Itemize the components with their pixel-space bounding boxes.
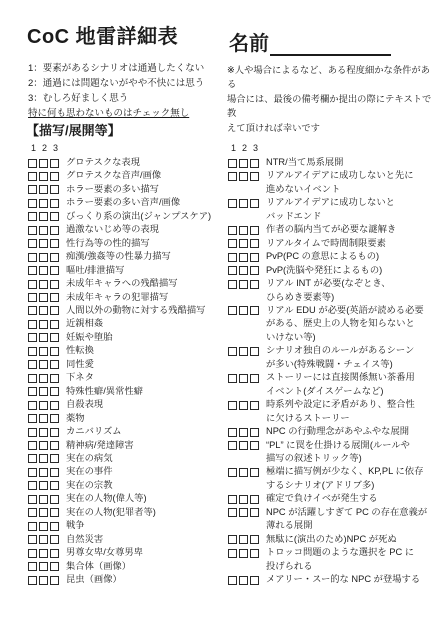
checkbox-3[interactable] [50, 360, 59, 369]
scale-digit-3: 3 [250, 142, 261, 156]
checklist-item-label: 痴漢/強姦等の性暴力描写 [66, 250, 171, 263]
checklist-item-label: 人間以外の動物に対する残酷描写 [66, 304, 205, 317]
checklist-item: 性行為等の性的描写 [28, 237, 228, 250]
checkbox-2[interactable] [39, 387, 48, 396]
checkbox-3[interactable] [50, 401, 59, 410]
checkbox-group [28, 535, 59, 544]
checkbox-2[interactable] [239, 495, 248, 504]
checklist-item-label: 下ネタ [66, 371, 94, 384]
checkbox-2[interactable] [239, 374, 248, 383]
checkbox-group [28, 185, 59, 194]
legend-line-1: 1：要素があるシナリオは通過したくない [28, 61, 204, 76]
checkbox-1[interactable] [28, 253, 37, 262]
checkbox-3[interactable] [250, 468, 259, 477]
checklist-item: リアルタイムで時間制限要素 [228, 237, 436, 250]
checklist-item-label: リアルタイムで時間制限要素 [266, 237, 386, 250]
checkbox-2[interactable] [39, 172, 48, 181]
checkbox-2[interactable] [39, 468, 48, 477]
checkbox-group [228, 226, 259, 235]
checkbox-2[interactable] [39, 333, 48, 342]
checkbox-3[interactable] [50, 185, 59, 194]
checkbox-3[interactable] [50, 333, 59, 342]
checkbox-1[interactable] [28, 508, 37, 517]
checkbox-1[interactable] [228, 508, 237, 517]
checkbox-3[interactable] [50, 535, 59, 544]
checkbox-1[interactable] [28, 306, 37, 315]
checklist-item-label: ホラー要素の多い音声/画像 [66, 196, 180, 209]
checkbox-3[interactable] [250, 576, 259, 585]
checklist-item: 無駄に(演出のため)NPC が死ぬ [228, 533, 436, 546]
checkbox-3[interactable] [250, 441, 259, 450]
checklist-item: 自然災害 [28, 533, 228, 546]
checkbox-2[interactable] [39, 562, 48, 571]
page-title: CoC 地雷詳細表 [27, 20, 178, 49]
checklist-item-label: 昆虫（画像） [66, 573, 122, 586]
checkbox-2[interactable] [39, 293, 48, 302]
checkbox-3[interactable] [50, 199, 59, 208]
checkbox-2[interactable] [239, 535, 248, 544]
checklist-item-label: メアリー・スー的な NPC が登場する [266, 573, 420, 586]
checkbox-1[interactable] [28, 387, 37, 396]
checklist-item-label: “PL” に罠を仕掛ける展開(ルールや 描写の叙述トリック等) [266, 439, 410, 466]
legend-no-check-note: 特に何も思わないものはチェック無し [28, 106, 204, 121]
checklist-item-label: グロテスクな表現 [66, 156, 140, 169]
checkbox-1[interactable] [228, 306, 237, 315]
checkbox-1[interactable] [28, 481, 37, 490]
checklist-item-label: 自然災害 [66, 533, 103, 546]
checklist-item: 同性愛 [28, 358, 228, 371]
checkbox-2[interactable] [39, 306, 48, 315]
checkbox-1[interactable] [28, 468, 37, 477]
checkbox-2[interactable] [39, 159, 48, 168]
checkbox-2[interactable] [39, 280, 48, 289]
checkbox-3[interactable] [50, 226, 59, 235]
checkbox-group [228, 535, 259, 544]
checkbox-group [228, 347, 259, 356]
checkbox-2[interactable] [39, 495, 48, 504]
checkbox-1[interactable] [228, 576, 237, 585]
checkbox-1[interactable] [28, 333, 37, 342]
checkbox-3[interactable] [50, 374, 59, 383]
checkbox-3[interactable] [50, 253, 59, 262]
checklist-item: 痴漢/強姦等の性暴力描写 [28, 250, 228, 263]
checklist-item: 男尊女卑/女尊男卑 [28, 546, 228, 559]
checkbox-3[interactable] [50, 239, 59, 248]
checkbox-3[interactable] [50, 306, 59, 315]
checkbox-3[interactable] [50, 576, 59, 585]
checkbox-group [28, 454, 59, 463]
checkbox-3[interactable] [250, 401, 259, 410]
checklist-item: 特殊性癖/異常性癖 [28, 385, 228, 398]
checkbox-group [228, 508, 259, 517]
checklist-item-label: NTR/当て馬系展開 [266, 156, 343, 169]
checkbox-1[interactable] [228, 199, 237, 208]
checkbox-3[interactable] [250, 347, 259, 356]
checklist-item-label: 同性愛 [66, 358, 94, 371]
checklist-item-label: 実在の人物(犯罪者等) [66, 506, 156, 519]
checkbox-1[interactable] [228, 172, 237, 181]
name-field: 名前 [229, 32, 391, 56]
checkbox-2[interactable] [39, 441, 48, 450]
checkbox-group [28, 481, 59, 490]
checkbox-1[interactable] [28, 199, 37, 208]
checkbox-2[interactable] [39, 185, 48, 194]
checkbox-1[interactable] [228, 495, 237, 504]
checkbox-3[interactable] [50, 347, 59, 356]
checkbox-2[interactable] [39, 226, 48, 235]
checklist-item-label: 男尊女卑/女尊男卑 [66, 546, 143, 559]
checkbox-group [228, 172, 259, 181]
checklist-item: 戦争 [28, 519, 228, 532]
checklist-item-label: 実在の病気 [66, 452, 113, 465]
checkbox-group [28, 522, 59, 531]
checklist-item: シナリオ独自のルールがあるシーン が多い(特殊戦闘・チェイス等) [228, 344, 436, 371]
checkbox-group [228, 280, 259, 289]
checkbox-2[interactable] [39, 320, 48, 329]
checkbox-2[interactable] [239, 576, 248, 585]
checklist-item-label: 未成年キャラへの残酷描写 [66, 277, 178, 290]
checkbox-1[interactable] [28, 280, 37, 289]
checkbox-1[interactable] [28, 454, 37, 463]
checkbox-2[interactable] [239, 401, 248, 410]
checklist-item-label: リアル INT が必要(なぞとき、 ひらめき要素等) [266, 277, 391, 304]
checkbox-group [28, 212, 59, 221]
checklist-item-label: 無駄に(演出のため)NPC が死ぬ [266, 533, 397, 546]
checklist-item: 実在の人物(犯罪者等) [28, 506, 228, 519]
checkbox-1[interactable] [28, 293, 37, 302]
checkbox-2[interactable] [239, 441, 248, 450]
checkbox-3[interactable] [50, 549, 59, 558]
checkbox-3[interactable] [50, 441, 59, 450]
checkbox-group [28, 172, 59, 181]
checklist-item: ホラー要素の多い描写 [28, 183, 228, 196]
checklist-item-label: 時系列や設定に矛盾があり、整合性 に欠けるストーリー [266, 398, 415, 425]
checkbox-3[interactable] [250, 159, 259, 168]
checkbox-1[interactable] [28, 212, 37, 221]
checklist-item-label: 妊娠や堕胎 [66, 331, 113, 344]
scale-digit-3: 3 [50, 142, 61, 156]
checkbox-2[interactable] [239, 266, 248, 275]
checkbox-3[interactable] [250, 495, 259, 504]
checklist-item-label: リアルアイデアに成功しないと先に 進めないイベント [266, 169, 414, 196]
checkbox-group [28, 401, 59, 410]
checklist-item-label: 精神病/発達障害 [66, 439, 134, 452]
scale-digit-1: 1 [228, 142, 239, 156]
checkbox-1[interactable] [28, 360, 37, 369]
checklist-item-label: PvP(洗脳や発狂によるもの) [266, 264, 382, 277]
checklist-item-label: 実在の宗教 [66, 479, 113, 492]
checklist-item: PvP(PC の意思によるもの) [228, 250, 436, 263]
checkbox-3[interactable] [50, 320, 59, 329]
checklist-item-label: 過激ないじめ等の表現 [66, 223, 159, 236]
checklist-item: 近親相姦 [28, 317, 228, 330]
checkbox-2[interactable] [39, 576, 48, 585]
checklist-item: 過激ないじめ等の表現 [28, 223, 228, 236]
checkbox-2[interactable] [239, 253, 248, 262]
checkbox-1[interactable] [228, 159, 237, 168]
checkbox-2[interactable] [239, 226, 248, 235]
checkbox-group [28, 280, 59, 289]
checkbox-group [28, 239, 59, 248]
checkbox-1[interactable] [28, 535, 37, 544]
checkbox-2[interactable] [239, 306, 248, 315]
checkbox-1[interactable] [28, 549, 37, 558]
checkbox-group [28, 253, 59, 262]
scale-digit-2: 2 [39, 142, 50, 156]
checkbox-group [28, 360, 59, 369]
checklist-item: 確定で負けイベが発生する [228, 492, 436, 505]
checkbox-group [28, 374, 59, 383]
checkbox-group [28, 333, 59, 342]
checkbox-3[interactable] [250, 253, 259, 262]
checklist-item-label: シナリオ独自のルールがあるシーン が多い(特殊戦闘・チェイス等) [266, 344, 414, 371]
checkbox-2[interactable] [239, 239, 248, 248]
checklist-item-label: トロッコ問題のような選択を PC に 投げられる [266, 546, 414, 573]
checklist-item: 妊娠や堕胎 [28, 331, 228, 344]
checkbox-2[interactable] [239, 280, 248, 289]
checklist-item-label: 未成年キャラの犯罪描写 [66, 291, 168, 304]
checklist-item: 時系列や設定に矛盾があり、整合性 に欠けるストーリー [228, 398, 436, 425]
checklist-item-label: 確定で負けイベが発生する [266, 492, 378, 505]
checkbox-3[interactable] [250, 239, 259, 248]
checkbox-2[interactable] [39, 522, 48, 531]
checklist-item-label: 性行為等の性的描写 [66, 237, 150, 250]
checkbox-3[interactable] [50, 266, 59, 275]
checklist-item-label: NPC の行動理念があやふやな展開 [266, 425, 409, 438]
checkbox-group [228, 306, 259, 315]
checkbox-3[interactable] [50, 172, 59, 181]
checkbox-2[interactable] [39, 253, 48, 262]
checklist-item-label: 集合体（画像） [66, 560, 131, 573]
checklist-item: PvP(洗脳や発狂によるもの) [228, 264, 436, 277]
checklist-item: NTR/当て馬系展開 [228, 156, 436, 169]
checkbox-1[interactable] [28, 226, 37, 235]
checkbox-3[interactable] [250, 172, 259, 181]
checkbox-1[interactable] [28, 414, 37, 423]
checkbox-3[interactable] [50, 428, 59, 437]
checkbox-3[interactable] [50, 454, 59, 463]
checkbox-group [28, 508, 59, 517]
checkbox-group [28, 576, 59, 585]
checkbox-2[interactable] [239, 347, 248, 356]
checkbox-group [228, 441, 259, 450]
checklist-item: 性転換 [28, 344, 228, 357]
scale-header-right: 123 [228, 142, 436, 156]
checkbox-1[interactable] [228, 239, 237, 248]
checkbox-3[interactable] [50, 522, 59, 531]
checklist-item-label: びっくり系の演出(ジャンプスケア) [66, 210, 211, 223]
checkbox-1[interactable] [28, 495, 37, 504]
checklist-item: 下ネタ [28, 371, 228, 384]
checklist-item: 人間以外の動物に対する残酷描写 [28, 304, 228, 317]
checkbox-2[interactable] [39, 508, 48, 517]
checkbox-1[interactable] [228, 253, 237, 262]
checkbox-group [228, 374, 259, 383]
checklist-item-label: 薬物 [66, 412, 85, 425]
checkbox-group [228, 239, 259, 248]
checkbox-3[interactable] [250, 226, 259, 235]
checklist-item: 薬物 [28, 412, 228, 425]
checkbox-1[interactable] [228, 401, 237, 410]
rating-legend: 1：要素があるシナリオは通過したくない 2：通過には問題ないがやや不快には思う … [28, 61, 204, 121]
checklist-item-label: カニバリズム [66, 425, 122, 438]
checkbox-1[interactable] [28, 347, 37, 356]
checkbox-1[interactable] [28, 172, 37, 181]
checklist-item-label: リアルアイデアに成功しないと バッドエンド [266, 196, 395, 223]
checkbox-1[interactable] [28, 374, 37, 383]
checklist-item: メアリー・スー的な NPC が登場する [228, 573, 436, 586]
checkbox-group [28, 468, 59, 477]
checkbox-1[interactable] [28, 562, 37, 571]
checklist-item: ストーリーには直接関係無い茶番用 イベント(ダイスゲームなど) [228, 371, 436, 398]
checkbox-group [228, 401, 259, 410]
checkbox-2[interactable] [39, 374, 48, 383]
checkbox-1[interactable] [28, 320, 37, 329]
checkbox-2[interactable] [39, 428, 48, 437]
checklist-item: “PL” に罠を仕掛ける展開(ルールや 描写の叙述トリック等) [228, 439, 436, 466]
checkbox-2[interactable] [39, 414, 48, 423]
checklist-item: トロッコ問題のような選択を PC に 投げられる [228, 546, 436, 573]
checkbox-3[interactable] [250, 280, 259, 289]
checkbox-2[interactable] [239, 549, 248, 558]
checklist-item-label: ストーリーには直接関係無い茶番用 イベント(ダイスゲームなど) [266, 371, 415, 398]
section-header: 【描写/展開等】 [26, 120, 121, 139]
checklist-item-label: 性転換 [66, 344, 94, 357]
checkbox-group [28, 266, 59, 275]
checkbox-1[interactable] [228, 441, 237, 450]
checklist-item: 作者の脳内当てが必要な謎解き [228, 223, 436, 236]
checkbox-3[interactable] [50, 159, 59, 168]
checklist-column-left: 123 グロテスクな表現グロテスクな音声/画像ホラー要素の多い描写ホラー要素の多… [28, 142, 228, 587]
checkbox-2[interactable] [39, 199, 48, 208]
checkbox-1[interactable] [228, 549, 237, 558]
checkbox-1[interactable] [28, 441, 37, 450]
checkbox-2[interactable] [39, 347, 48, 356]
checkbox-1[interactable] [228, 374, 237, 383]
checkbox-group [28, 495, 59, 504]
checkbox-group [28, 414, 59, 423]
checklist-item: 嘔吐/排泄描写 [28, 264, 228, 277]
checklist-item-label: 作者の脳内当てが必要な謎解き [266, 223, 396, 236]
checklist-item: 自殺表現 [28, 398, 228, 411]
checkbox-group [228, 549, 259, 558]
checkbox-1[interactable] [228, 280, 237, 289]
checkbox-group [228, 576, 259, 585]
checkbox-1[interactable] [228, 535, 237, 544]
checkbox-3[interactable] [50, 414, 59, 423]
checkbox-1[interactable] [228, 347, 237, 356]
checkbox-2[interactable] [39, 535, 48, 544]
scale-header-left: 123 [28, 142, 228, 156]
checklist-item: 極端に描写例が少なく、KP,PL に依存 するシナリオ(アドリブ多) [228, 465, 436, 492]
checkbox-3[interactable] [50, 468, 59, 477]
checkbox-2[interactable] [39, 212, 48, 221]
checkbox-3[interactable] [50, 212, 59, 221]
checkbox-2[interactable] [239, 159, 248, 168]
checkbox-1[interactable] [28, 428, 37, 437]
checklist-item: リアル EDU が必要(英語が読める必要 がある、歴史上の人物を知らないと いけ… [228, 304, 436, 344]
checkbox-3[interactable] [250, 535, 259, 544]
checkbox-group [28, 347, 59, 356]
checkbox-group [28, 306, 59, 315]
checkbox-1[interactable] [28, 159, 37, 168]
checklist-item: グロテスクな音声/画像 [28, 169, 228, 182]
checklist-item-label: NPC が活躍しすぎて PC の存在意義が 薄れる展開 [266, 506, 427, 533]
checkbox-group [28, 549, 59, 558]
checkbox-2[interactable] [39, 401, 48, 410]
checkbox-3[interactable] [50, 387, 59, 396]
checkbox-2[interactable] [39, 360, 48, 369]
checkbox-1[interactable] [228, 468, 237, 477]
checkbox-2[interactable] [239, 468, 248, 477]
checkbox-2[interactable] [39, 481, 48, 490]
checkbox-3[interactable] [250, 306, 259, 315]
checkbox-1[interactable] [28, 522, 37, 531]
checkbox-3[interactable] [50, 280, 59, 289]
checkbox-3[interactable] [250, 199, 259, 208]
checklist-item: NPC の行動理念があやふやな展開 [228, 425, 436, 438]
checkbox-3[interactable] [250, 266, 259, 275]
checkbox-1[interactable] [28, 266, 37, 275]
checkbox-group [28, 562, 59, 571]
checkbox-group [28, 199, 59, 208]
checkbox-3[interactable] [50, 562, 59, 571]
checkbox-2[interactable] [39, 454, 48, 463]
checkbox-3[interactable] [50, 508, 59, 517]
checkbox-group [228, 159, 259, 168]
conditions-note: ※人や場合によるなど、ある程度細かな条件がある 場合には、最後の備考欄か提出の際… [227, 63, 437, 135]
legend-line-2: 2：通過には問題ないがやや不快には思う [28, 76, 204, 91]
checkbox-1[interactable] [228, 226, 237, 235]
checkbox-group [228, 253, 259, 262]
checkbox-group [28, 159, 59, 168]
scale-digit-2: 2 [239, 142, 250, 156]
checklist-item-label: 実在の人物(偉人等) [66, 492, 147, 505]
checklist-item: リアルアイデアに成功しないと先に 進めないイベント [228, 169, 436, 196]
checklist-item: 実在の宗教 [28, 479, 228, 492]
checkbox-2[interactable] [39, 239, 48, 248]
checkbox-1[interactable] [28, 401, 37, 410]
checkbox-2[interactable] [239, 199, 248, 208]
checklist-item: 未成年キャラへの残酷描写 [28, 277, 228, 290]
checkbox-3[interactable] [250, 508, 259, 517]
name-label: 名前 [229, 32, 269, 56]
checkbox-1[interactable] [28, 239, 37, 248]
checklist-item-label: グロテスクな音声/画像 [66, 169, 161, 182]
checklist-item: カニバリズム [28, 425, 228, 438]
checkbox-3[interactable] [50, 495, 59, 504]
checkbox-2[interactable] [239, 508, 248, 517]
checklist-item: 精神病/発達障害 [28, 439, 228, 452]
checklist-column-right: 123 NTR/当て馬系展開リアルアイデアに成功しないと先に 進めないイベントリ… [228, 142, 436, 587]
checkbox-2[interactable] [239, 172, 248, 181]
checkbox-3[interactable] [50, 481, 59, 490]
checkbox-2[interactable] [239, 428, 248, 437]
checkbox-3[interactable] [250, 549, 259, 558]
checklist-item-label: 極端に描写例が少なく、KP,PL に依存 するシナリオ(アドリブ多) [266, 465, 423, 492]
checkbox-2[interactable] [39, 549, 48, 558]
checkbox-3[interactable] [50, 293, 59, 302]
checkbox-3[interactable] [250, 428, 259, 437]
checkbox-1[interactable] [28, 576, 37, 585]
checklist-item-label: 特殊性癖/異常性癖 [66, 385, 143, 398]
checkbox-3[interactable] [250, 374, 259, 383]
checkbox-2[interactable] [39, 266, 48, 275]
checkbox-1[interactable] [28, 185, 37, 194]
name-input-line[interactable] [270, 32, 391, 56]
checkbox-1[interactable] [228, 428, 237, 437]
checkbox-1[interactable] [228, 266, 237, 275]
